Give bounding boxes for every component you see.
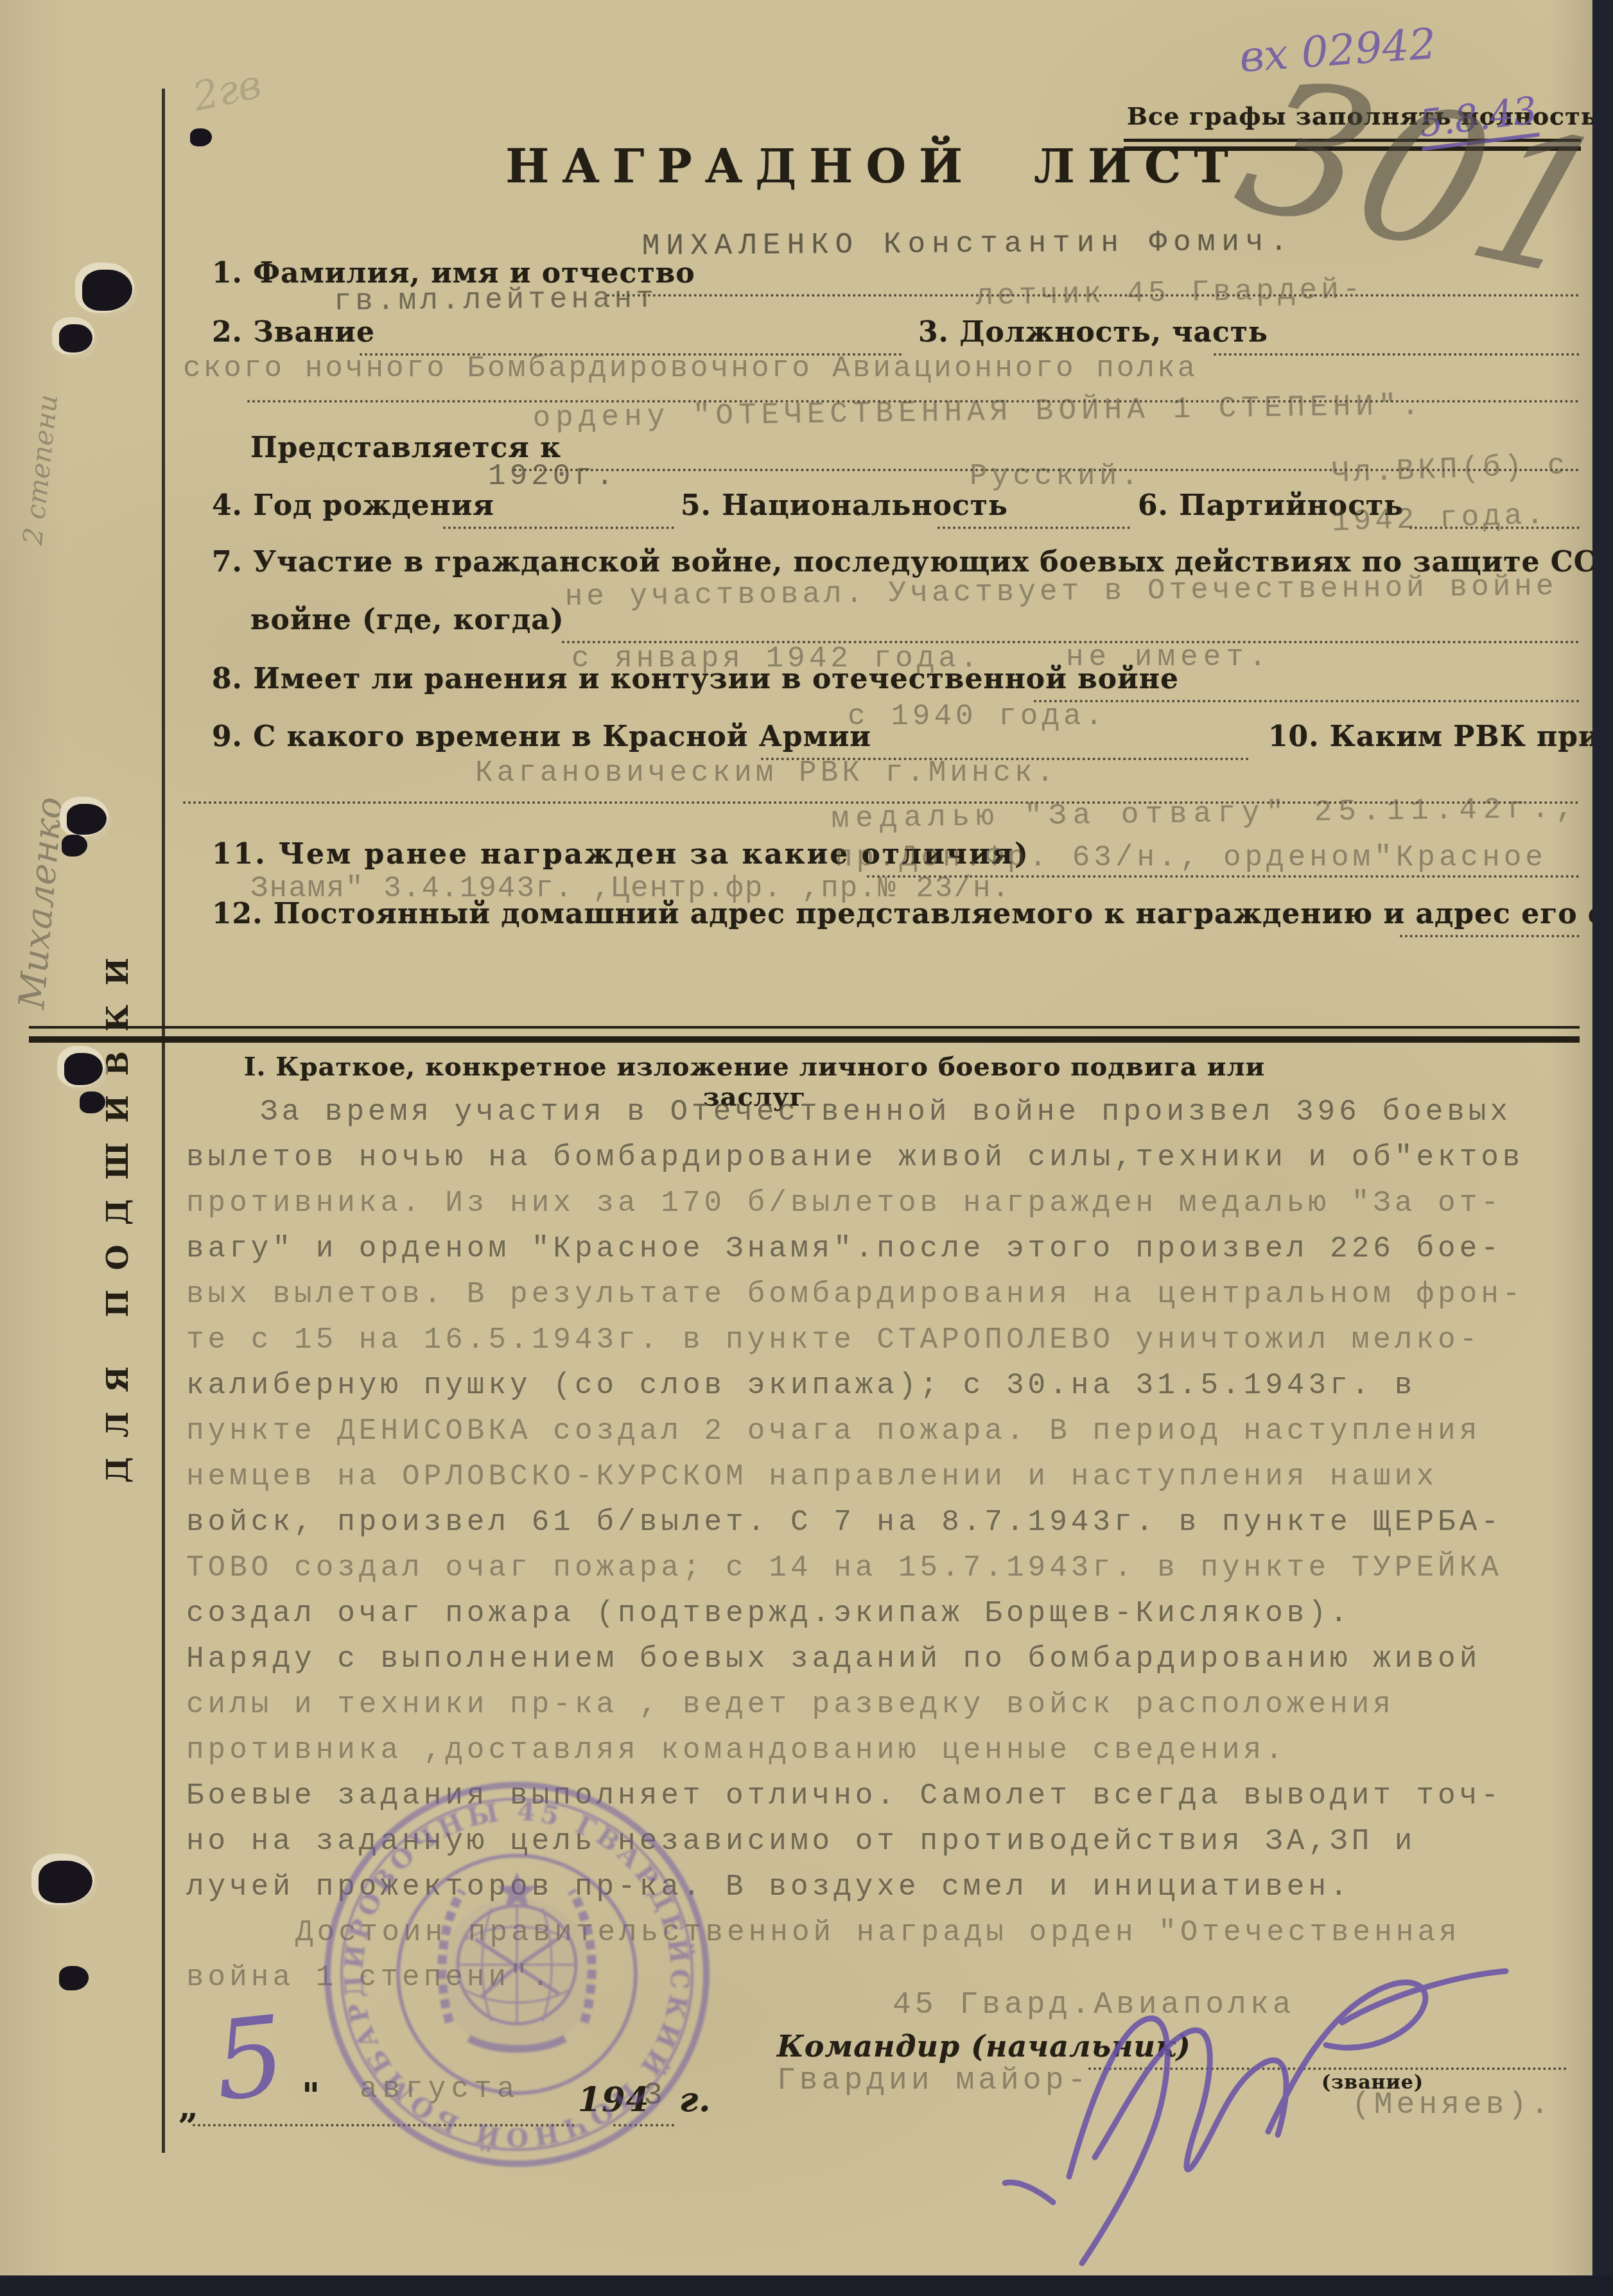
- field-10-label: 10. Каким РВК призван: [1268, 720, 1613, 753]
- body-line: силы и техники пр-ка , ведет разведку во…: [186, 1688, 1395, 1721]
- date-day-handwriting: 5: [209, 1992, 291, 2126]
- punch-hole: [59, 324, 92, 352]
- page-title: НАГРАДНОЙ ЛИСТ: [449, 139, 1297, 193]
- binding-margin-label: ДЛЯ ПОДШИВКИ: [100, 796, 135, 1483]
- field-1-value: МИХАЛЕНКО Константин Фомич.: [642, 225, 1295, 263]
- scan-edge-bottom: [0, 2275, 1613, 2296]
- body-line: те с 15 на 16.5.1943г. в пункте СТАРОПОЛ…: [186, 1323, 1481, 1357]
- body-line: вылетов ночью на бомбардирование живой с…: [186, 1141, 1524, 1174]
- field-3-value-line1: летчик 45 Гвардей-: [975, 273, 1365, 313]
- field-3-label: 3. Должность, часть: [918, 316, 1268, 349]
- field-5-label: 5. Национальность: [681, 489, 1008, 522]
- body-line: войск, произвел 61 б/вылет. С 7 на 8.7.1…: [186, 1506, 1503, 1539]
- body-line: вых вылетов. В результате бомбардировани…: [186, 1278, 1524, 1311]
- commander-signature: [992, 1913, 1519, 2273]
- date-open-quote: „: [179, 2085, 199, 2126]
- field-8-label: 8. Имеет ли ранения и контузии в отечест…: [212, 663, 1179, 695]
- field-7-label-line2: войне (где, когда): [250, 604, 564, 636]
- body-line: ТОВО создал очаг пожара; с 14 на 15.7.19…: [186, 1551, 1503, 1585]
- punch-hole: [39, 1861, 92, 1903]
- field-4-label: 4. Год рождения: [212, 489, 494, 522]
- section-divider-thin: [29, 1026, 1580, 1029]
- scan-edge-right: [1592, 0, 1613, 2296]
- punch-hole: [62, 835, 87, 857]
- pencil-marginalia-lower: Михаленко: [11, 559, 92, 1011]
- field-10-value: Кагановическим РВК г.Минск.: [475, 756, 1058, 790]
- body-line: создал очаг пожара (подтвержд.экипаж Бор…: [186, 1597, 1352, 1630]
- punch-hole: [82, 270, 132, 311]
- award-sheet-document: ДЛЯ ПОДШИВКИ 2 степени Михаленко вх 0294…: [0, 0, 1613, 2296]
- body-line: За время участия в Отечественной войне п…: [186, 1095, 1512, 1129]
- binding-margin-rule: [162, 89, 165, 2153]
- field-3-value-line2: ского ночного Бомбардировочного Авиацион…: [183, 352, 1198, 385]
- dotted-line: [1400, 930, 1580, 937]
- field-6-value-line1: Чл.ВКП(б) с: [1331, 449, 1569, 491]
- dotted-line: [937, 521, 1130, 529]
- punch-hole: [59, 1966, 89, 1990]
- body-line: пункте ДЕНИСОВКА создал 2 очага пожара. …: [186, 1414, 1481, 1448]
- unit-seal-stamp: 45 ГВАРДЕЙСКИЙ НОЧНОЙ БОМБАРДИРОВОЧНЫЙ А…: [289, 1746, 745, 2202]
- punch-hole: [64, 1053, 103, 1085]
- dotted-line: [443, 521, 674, 529]
- body-line: калиберную пушку (со слов экипажа); с 30…: [186, 1369, 1416, 1402]
- field-6-value-line2: 1942 года.: [1331, 498, 1548, 539]
- field-11-value-line2: пр.Дон.Фр. 63/н., орденом"Красное: [835, 841, 1547, 874]
- punch-hole: [190, 128, 212, 146]
- section-divider-thick: [29, 1036, 1580, 1043]
- field-5-value: Русский.: [970, 460, 1142, 493]
- body-line: противника. Из них за 170 б/вылетов нагр…: [186, 1187, 1503, 1220]
- field-9-label: 9. С какого времени в Красной Армии: [212, 720, 871, 753]
- field-2-label: 2. Звание: [212, 316, 375, 349]
- pencil-scribble: 2гв: [189, 60, 266, 121]
- pencil-marginalia-upper: 2 степени: [17, 243, 80, 546]
- body-line: немцев на ОРЛОВСКО-КУРСКОМ направлении и…: [186, 1460, 1438, 1493]
- body-line: Наряду с выполнением боевых заданий по б…: [186, 1642, 1481, 1676]
- field-9-value: с 1940 года.: [848, 700, 1106, 733]
- body-line: вагу" и орденом "Красное Знамя".после эт…: [186, 1232, 1503, 1265]
- field-12-label: 12. Постоянный домашний адрес представля…: [212, 898, 1613, 930]
- field-4-value: 1920г.: [488, 460, 618, 493]
- dotted-line: [1214, 348, 1580, 356]
- dotted-line: [1034, 695, 1580, 702]
- field-2-value: гв.мл.лейтенант: [334, 283, 658, 318]
